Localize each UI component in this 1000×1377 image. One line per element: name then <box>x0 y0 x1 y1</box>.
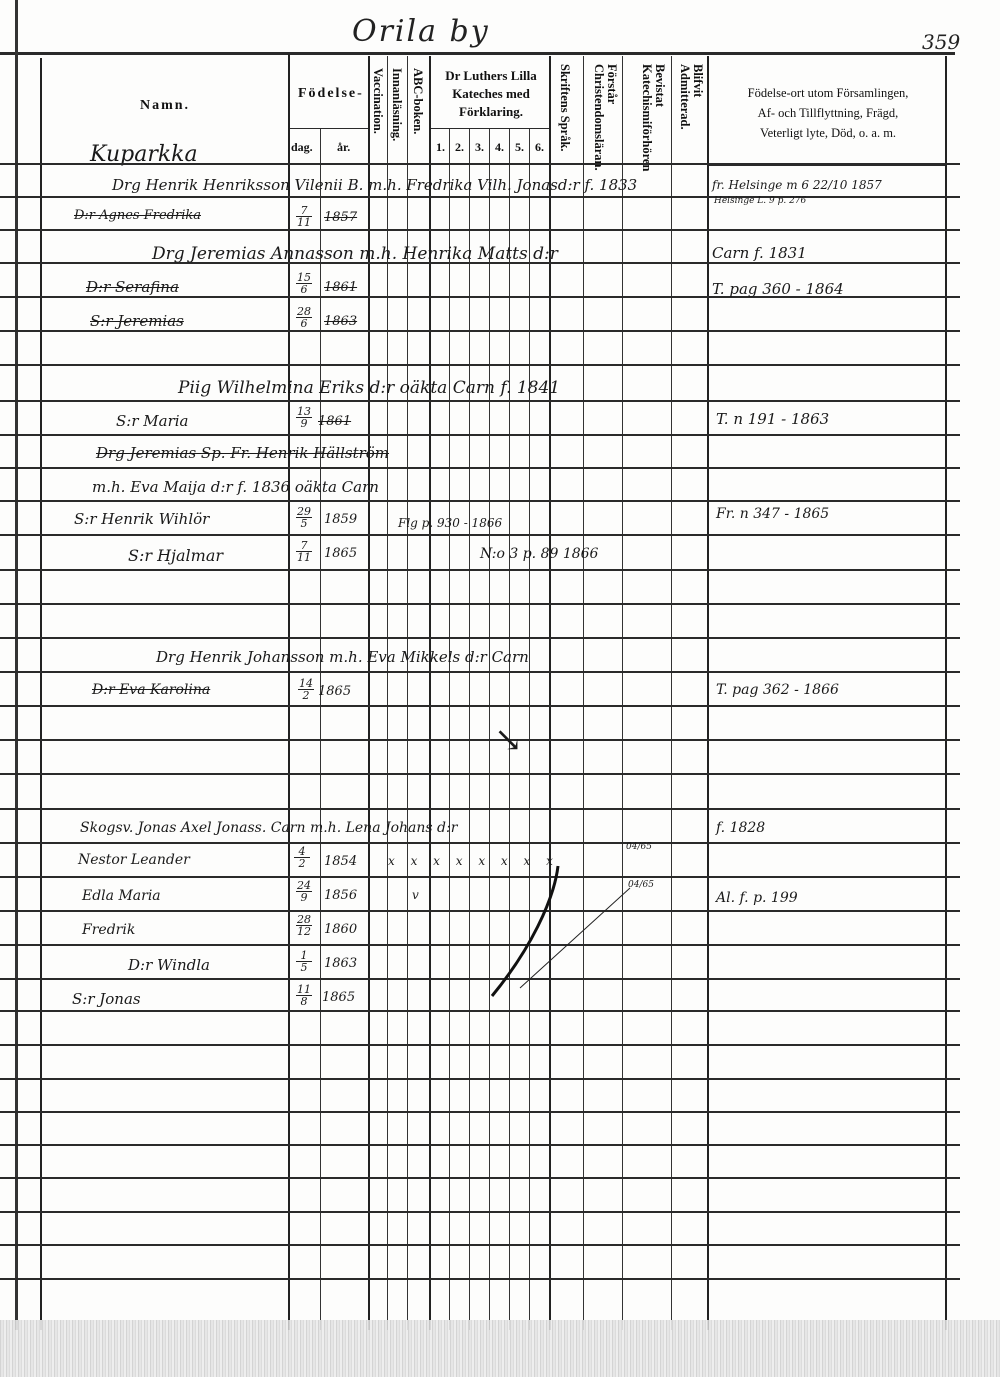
birth-day-month: 118 <box>296 984 312 1007</box>
header-abc-boken: ABC-boken. <box>411 68 424 134</box>
birth-year: 1863 <box>324 314 357 329</box>
header-innanlasning: Innanläsning. <box>390 68 403 141</box>
entry-notes: fr. Helsinge m 6 22/10 1857 <box>712 178 882 192</box>
admitted-date: 04/65 <box>626 842 652 852</box>
entry-notes: T. pag 362 - 1866 <box>716 682 839 698</box>
row-rule <box>0 842 960 844</box>
left-binding-line <box>15 0 18 1330</box>
birth-day-month: 2812 <box>296 914 312 937</box>
entry-head-name: Drg Jeremias Sp. Fr. Henrik Hällström <box>96 444 389 462</box>
entry-name: Fredrik <box>82 922 135 938</box>
entry-name: D:r Eva Karolina <box>92 682 210 698</box>
birth-day-month: 711 <box>296 540 312 563</box>
row-rule <box>0 671 960 673</box>
top-rule <box>0 52 955 55</box>
birth-year: 1856 <box>324 888 357 903</box>
birth-day-month: 249 <box>296 880 312 903</box>
col-divider-forstar <box>622 56 623 1330</box>
row-rule <box>0 1044 960 1046</box>
header-kat-2: 2. <box>455 140 464 155</box>
header-kat-4: 4. <box>495 140 504 155</box>
register-page: Orila by 359 Namn. Kuparkka Födelse- dag… <box>0 0 1000 1377</box>
header-kat-1: 1. <box>436 140 445 155</box>
name-col-left-border <box>40 58 42 1330</box>
entry-head-name: Skogsv. Jonas Axel Jonass. Carn m.h. Len… <box>80 820 457 836</box>
arrow-mark-icon: ↘ <box>494 720 523 760</box>
entry-head-name: Drg Henrik Johansson m.h. Eva Mikkels d:… <box>156 648 529 666</box>
header-luther-3: Förklaring. <box>436 104 546 120</box>
row-rule <box>0 467 960 469</box>
birth-day-month: 286 <box>296 306 312 329</box>
birth-day-month: 711 <box>296 205 312 228</box>
header-luther-1: Dr Luthers Lilla <box>436 68 546 84</box>
catechism-marks: v <box>412 888 419 902</box>
entry-name: S:r Jonas <box>72 990 141 1008</box>
header-namn: Namn. <box>140 98 190 114</box>
fodelse-subrule <box>290 128 368 129</box>
header-kat-3: 3. <box>475 140 484 155</box>
col-divider-dag <box>320 128 321 1330</box>
entry-name: Nestor Leander <box>78 852 190 868</box>
row-rule <box>0 808 960 810</box>
row-rule <box>0 163 960 165</box>
header-fodelseort-3: Veterligt lyte, Död, o. a. m. <box>712 126 944 141</box>
header-forstar: Förstår Christendomsläran. <box>590 64 618 164</box>
entry-notes: T. pag 360 - 1864 <box>712 280 844 298</box>
header-kat-5: 5. <box>515 140 524 155</box>
entry-notes: Al. f. p. 199 <box>716 890 798 906</box>
header-blifvit: Blifvit Admitterad. <box>678 64 704 144</box>
entry-head-name: m.h. Eva Maija d:r f. 1836 oäkta Carn <box>92 478 379 496</box>
header-vaccination: Vaccination. <box>371 68 384 134</box>
col-divider-kat5 <box>529 128 530 1330</box>
birth-year: 1861 <box>318 414 351 429</box>
row-rule <box>0 1244 960 1246</box>
row-rule <box>0 1144 960 1146</box>
birth-day-month: 156 <box>296 272 312 295</box>
col-divider-kat2 <box>469 128 470 1330</box>
entry-name: S:r Jeremias <box>90 312 184 330</box>
birth-day-month: 142 <box>298 678 314 701</box>
row-rule <box>0 1278 960 1280</box>
header-bevistat: Bevistat Katechismiförhören <box>630 64 666 164</box>
row-rule <box>0 1177 960 1179</box>
col-divider-blifvit <box>707 56 709 1330</box>
fodelseort-subrule <box>709 165 945 166</box>
entry-name: D:r Serafina <box>86 278 179 296</box>
col-divider-kat3 <box>489 128 490 1330</box>
header-kat-6: 6. <box>535 140 544 155</box>
entry-extra: Carn f. 1831 <box>712 244 807 262</box>
row-rule <box>0 400 960 402</box>
birth-year: 1861 <box>324 280 357 295</box>
entry-name: S:r Henrik Wihlör <box>74 510 209 528</box>
row-rule <box>0 229 960 231</box>
birth-year: 1854 <box>324 854 357 869</box>
entry-name: S:r Hjalmar <box>128 546 223 565</box>
birth-year: 1865 <box>318 684 351 699</box>
birth-year: 1857 <box>324 210 357 225</box>
luther-subrule <box>431 128 549 129</box>
header-dag: dag. <box>291 140 313 155</box>
birth-year: 1865 <box>324 546 357 561</box>
col-divider-skrift <box>583 56 584 1330</box>
birth-day-month: 295 <box>296 506 312 529</box>
row-rule <box>0 569 960 571</box>
header-luther-2: Kateches med <box>436 86 546 102</box>
birth-day-month: 15 <box>296 950 312 973</box>
row-rule <box>0 637 960 639</box>
birth-day-month: 139 <box>296 406 312 429</box>
birth-year: 1865 <box>322 990 355 1005</box>
row-rule <box>0 1111 960 1113</box>
entry-name: Edla Maria <box>82 888 161 904</box>
row-rule <box>0 1211 960 1213</box>
row-rule <box>0 196 960 198</box>
birth-day-month: 42 <box>294 846 310 869</box>
row-rule <box>0 603 960 605</box>
header-fodelseort-1: Födelse-ort utom Församlingen, <box>712 86 944 101</box>
row-rule <box>0 534 960 536</box>
header-skriftens-sprak: Skriftens Språk. <box>558 64 571 152</box>
row-rule <box>0 500 960 502</box>
row-rule <box>0 330 960 332</box>
header-ar: år. <box>337 140 350 155</box>
row-rule <box>0 739 960 741</box>
col-divider-right <box>945 56 947 1330</box>
birth-year: 1860 <box>324 922 357 937</box>
page-number: 359 <box>922 30 960 54</box>
entry-head-name: Drg Henrik Henriksson Vilenii B. m.h. Fr… <box>112 176 637 194</box>
entry-name: D:r Agnes Fredrika <box>74 208 201 223</box>
entry-head-name: Piig Wilhelmina Eriks d:r oäkta Carn f. … <box>178 378 560 398</box>
entry-mark: N:o 3 p. 89 1866 <box>480 546 598 562</box>
entry-name: D:r Windla <box>128 956 210 974</box>
row-rule <box>0 1078 960 1080</box>
village-title: Orila by <box>352 14 490 49</box>
entry-notes: Fr. n 347 - 1865 <box>716 506 829 522</box>
row-rule <box>0 364 960 366</box>
birth-year: 1859 <box>324 512 357 527</box>
header-fodelse: Födelse- <box>298 86 364 102</box>
header-fodelseort-2: Af- och Tillflyttning, Frägd, <box>712 106 944 121</box>
birth-year: 1863 <box>324 956 357 971</box>
pen-stroke-marks <box>480 860 640 1020</box>
scan-noise-band <box>0 1320 1000 1377</box>
row-rule <box>0 773 960 775</box>
entry-name: S:r Maria <box>116 412 188 430</box>
col-divider-bevistat <box>671 56 672 1330</box>
row-rule <box>0 434 960 436</box>
col-divider-kat1 <box>449 128 450 1330</box>
entry-notes: Helsinge L. 9 p. 276 <box>714 196 806 206</box>
row-rule <box>0 705 960 707</box>
entry-notes: T. n 191 - 1863 <box>716 410 829 428</box>
entry-extra: f. 1828 <box>716 820 765 836</box>
entry-head-name: Drg Jeremias Annasson m.h. Henrika Matts… <box>152 244 558 264</box>
entry-mark: Flg p. 930 - 1866 <box>398 516 502 530</box>
